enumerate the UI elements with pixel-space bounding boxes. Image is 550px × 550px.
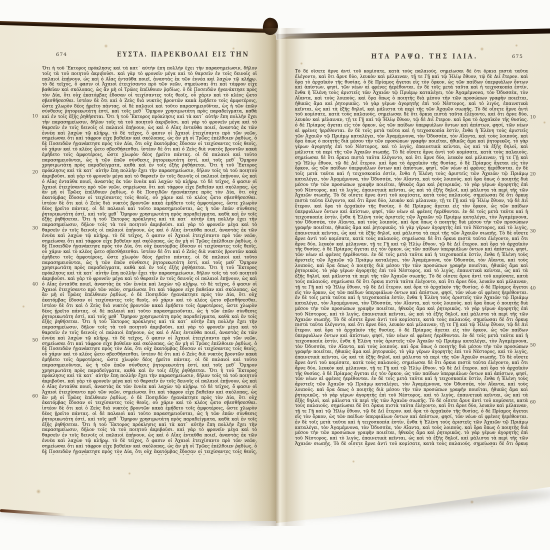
margin-line-number: 30 [530,229,542,234]
margin-line-number: 50 [530,343,542,348]
foxing-spot [543,121,546,124]
foxing-spot [232,47,235,50]
margin-line-number: 20 [26,170,38,175]
left-page-text-block: Ὅτι ἡ τοῦ Ἕκτορος πρόκλησις καὶ τὰ κατ᾽ … [42,66,257,455]
margin-line-number: 30 [26,226,38,231]
foxing-spot [480,47,484,51]
margin-line-number: 60 [530,400,542,405]
margin-line-number: 40 [530,286,542,291]
margin-line-number: 10 [26,114,38,119]
margin-line-number: 60 [26,394,38,399]
margin-line-number: 10 [530,115,542,120]
left-page-body-text: Ὅτι ἡ τοῦ Ἕκτορος πρόκλησις καὶ τὰ κατ᾽ … [42,66,257,455]
right-folio-number: 675 [512,54,523,60]
right-page-text-block: Τὸ δὲ οἴσετε ἄρνε ἀντὶ τοῦ κομίσατε, κατ… [295,69,528,447]
foxing-spot [515,44,518,47]
right-page-body-text: Τὸ δὲ οἴσετε ἄρνε ἀντὶ τοῦ κομίσατε, κατ… [295,69,528,447]
left-folio-number: 674 [56,52,67,58]
foxing-spot [22,305,25,308]
foxing-spot [352,460,355,463]
foxing-spot [300,62,303,65]
foxing-spot [128,472,131,475]
foxing-spot [36,489,41,494]
margin-line-number: 20 [530,172,542,177]
foxing-spot [104,44,108,48]
right-running-head: ΗΤΑ ΡΑΨΩ. ΤΗΣ ΙΛΙΑ. [352,53,497,60]
margin-line-number: 50 [26,338,38,343]
book-photo: 674 ΕΥΣΤΑ. ΠΑΡΕΚΒΟΛΑΙ ΕΙΣ ΤΗΝ ΗΤΑ ΡΑΨΩ. … [0,0,550,550]
foxing-spot [470,500,474,504]
left-running-head: ΕΥΣΤΑ. ΠΑΡΕΚΒΟΛΑΙ ΕΙΣ ΤΗΝ [108,51,258,58]
margin-line-number: 40 [26,282,38,287]
